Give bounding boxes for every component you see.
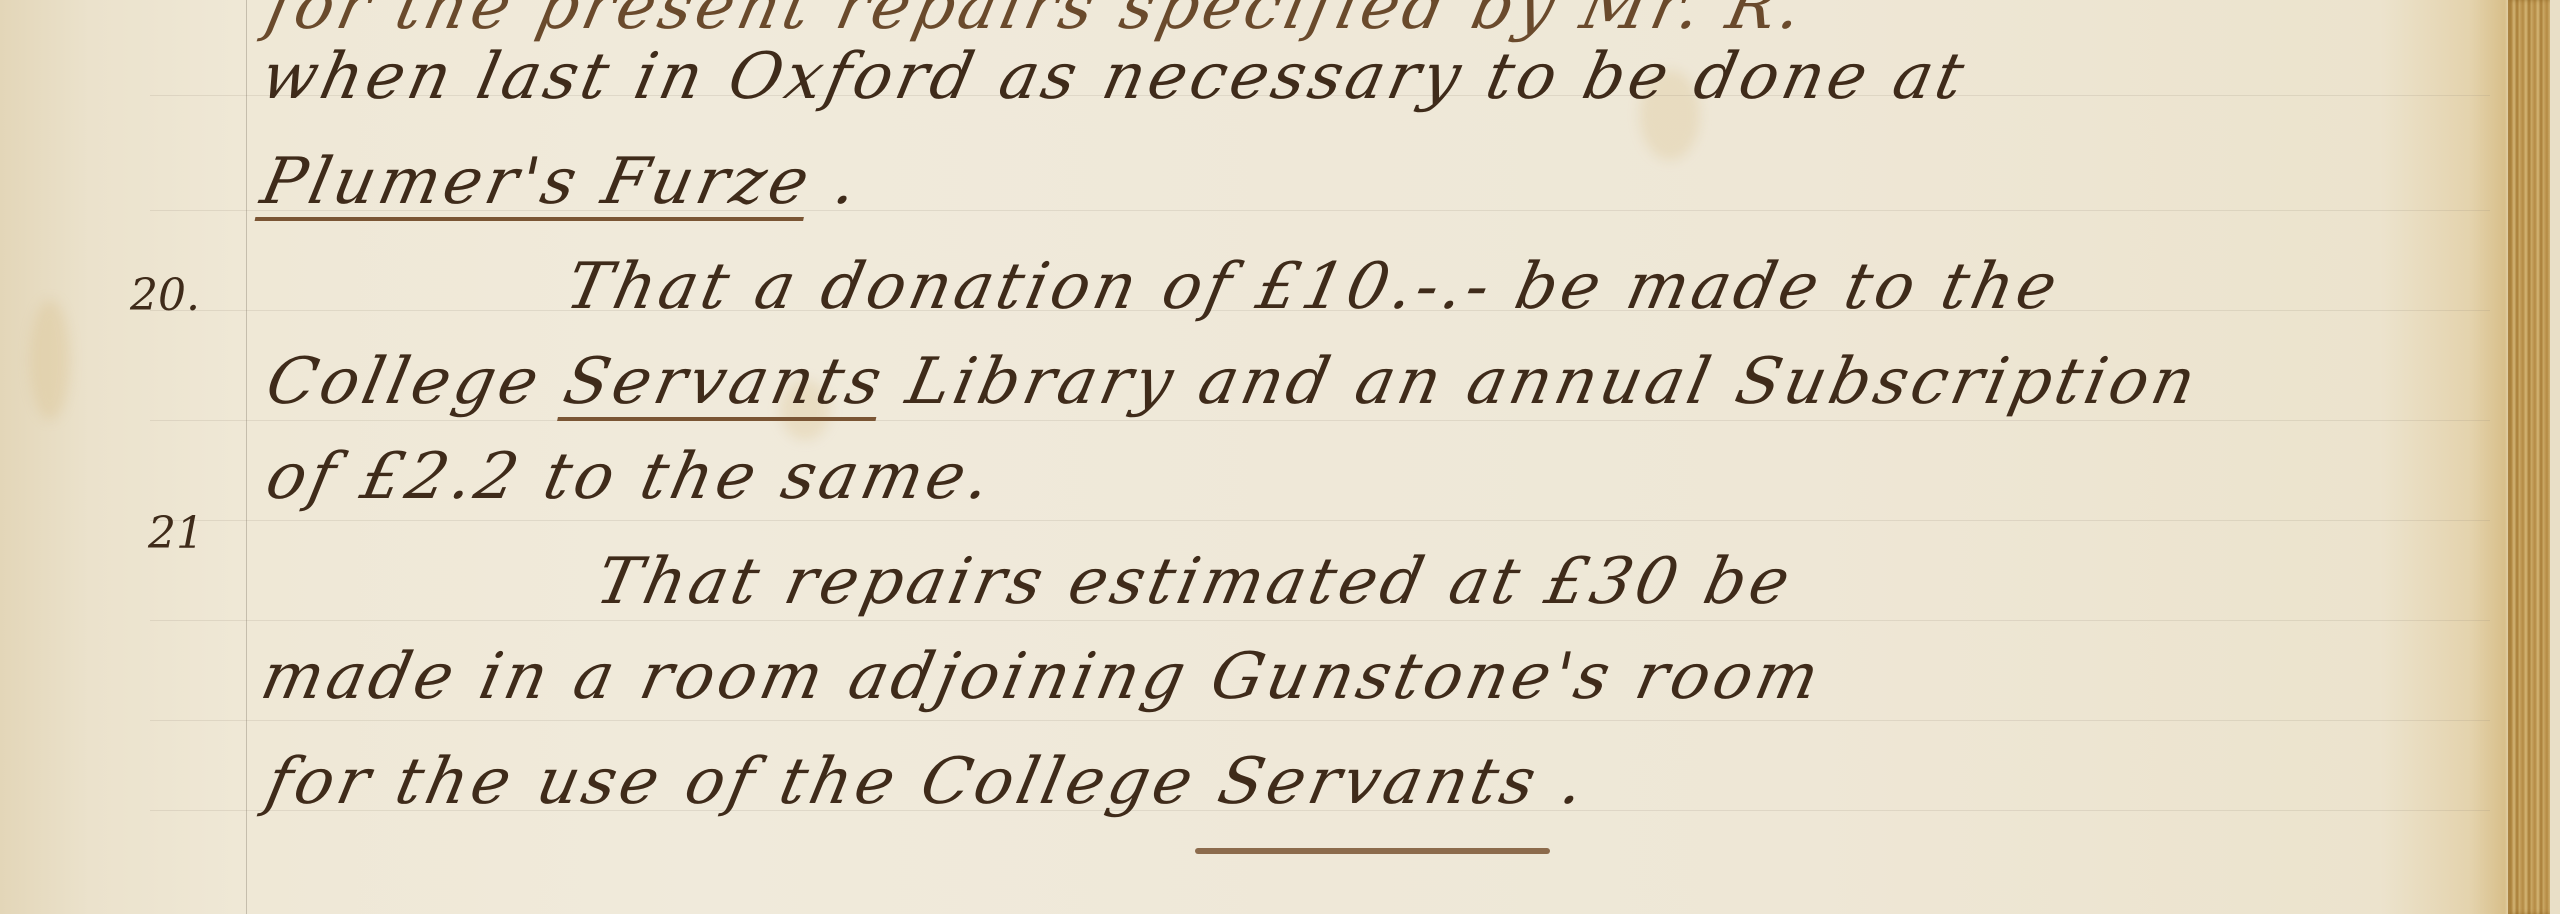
paper-stain bbox=[30, 300, 70, 420]
ruled-line bbox=[150, 520, 2490, 521]
text-line-7: made in a room adjoining Gunstone's room bbox=[255, 640, 1829, 714]
ruled-line bbox=[150, 420, 2490, 421]
page-edge-gilt bbox=[2508, 0, 2550, 914]
text-line-4-post: Library and an annual Subscription bbox=[876, 345, 2206, 419]
text-line-6: That repairs estimated at £30 be bbox=[590, 545, 1800, 619]
text-line-5: of £2.2 to the same. bbox=[260, 440, 1001, 514]
text-line-4: College Servants Library and an annual S… bbox=[260, 345, 2206, 419]
text-line-2: Plumer's Furze . bbox=[255, 145, 868, 219]
text-line-1: when last in Oxford as necessary to be d… bbox=[255, 40, 1974, 114]
underlined-place-name: Plumer's Furze bbox=[255, 145, 819, 219]
entry-number-21: 21 bbox=[148, 508, 204, 559]
underlined-servants: Servants bbox=[558, 345, 892, 419]
closing-flourish-line bbox=[1195, 848, 1550, 854]
ruled-line bbox=[150, 620, 2490, 621]
text-line-3: That a donation of £10.-.- be made to th… bbox=[560, 250, 2067, 324]
text-line-8: for the use of the College Servants . bbox=[260, 745, 1595, 819]
ruled-line bbox=[150, 720, 2490, 721]
text-line-0: for the present repairs specified by Mr.… bbox=[260, 0, 1812, 44]
text-line-4-pre: College bbox=[260, 345, 573, 419]
entry-number-20: 20. bbox=[130, 270, 200, 321]
page-edge bbox=[2550, 0, 2560, 914]
manuscript-page: for the present repairs specified by Mr.… bbox=[0, 0, 2560, 914]
margin-rule bbox=[246, 0, 247, 914]
